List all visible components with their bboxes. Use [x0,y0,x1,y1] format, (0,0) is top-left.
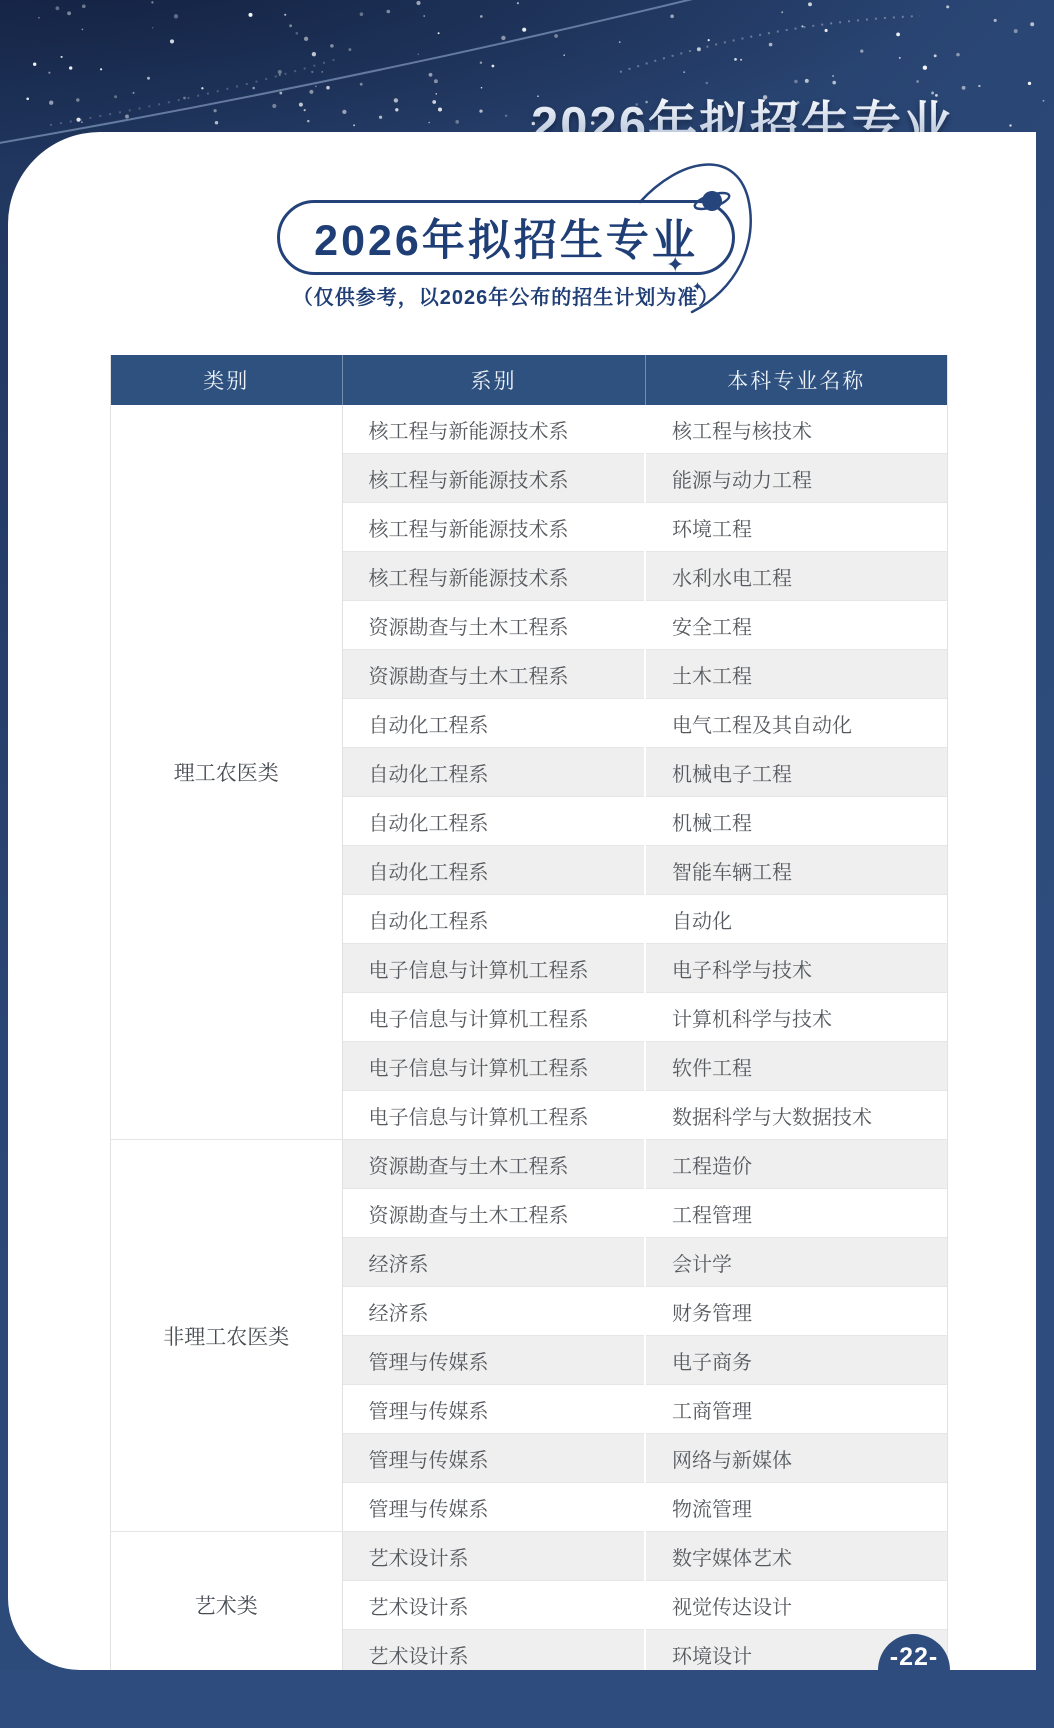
star-dot [170,39,174,43]
star-dot [794,80,798,84]
major-cell: 工程管理 [645,1189,947,1238]
star-dot [330,44,334,48]
star-dot [934,54,937,57]
major-cell: 电子商务 [645,1336,947,1385]
star-dot [81,121,83,123]
star-dot [49,101,53,105]
major-cell: 物流管理 [645,1483,947,1532]
majors-table: 类别 系别 本科专业名称 理工农医类核工程与新能源技术系核工程与核技术核工程与新… [111,355,947,1679]
star-dot [125,115,129,119]
star-dot [522,28,526,32]
dept-cell: 艺术设计系 [342,1581,645,1630]
star-dot [278,70,282,74]
star-dot [781,11,783,13]
star-dot [395,108,398,111]
star-dot [394,98,398,102]
star-dot [38,17,40,19]
star-dot [284,14,286,16]
major-cell: 视觉传达设计 [645,1581,947,1630]
star-dot [342,110,346,114]
major-cell: 工程造价 [645,1140,947,1189]
star-dot [434,79,438,83]
star-dot [563,54,565,56]
star-dot [418,53,420,55]
star-dot [683,71,685,73]
star-dot [348,48,351,51]
major-cell: 机械工程 [645,797,947,846]
star-dot [387,10,391,14]
star-dot [321,71,323,73]
major-cell: 机械电子工程 [645,748,947,797]
brochure-page: { "banner": { "title": "2026年拟招生专业" }, "… [0,0,1054,1728]
star-dot [201,87,203,89]
column-header-category: 类别 [111,355,342,405]
star-dot [517,2,519,4]
star-dot [1028,82,1031,85]
star-dot [896,33,900,37]
star-dot [56,6,60,10]
star-dot [272,104,276,108]
dept-cell: 电子信息与计算机工程系 [342,1042,645,1091]
star-dot [289,24,292,27]
star-dot [100,68,102,70]
star-dot [429,73,433,77]
star-dot [82,4,86,8]
category-cell: 艺术类 [111,1532,342,1679]
star-dot [69,66,72,69]
star-dot [706,82,709,85]
major-cell: 软件工程 [645,1042,947,1091]
star-dot [33,63,36,66]
star-dot [435,93,437,95]
dept-cell: 资源勘查与土木工程系 [342,650,645,699]
star-dot [708,39,710,41]
star-dot [147,77,150,80]
star-dot [554,34,558,38]
major-cell: 网络与新媒体 [645,1434,947,1483]
star-dot [438,107,442,111]
star-dot [805,79,809,83]
star-dot [432,100,436,104]
star-dot [670,15,674,19]
star-dot [61,56,63,58]
star-dot [114,95,117,98]
dept-cell: 自动化工程系 [342,748,645,797]
star-dot [923,66,927,70]
major-cell: 电子科学与技术 [645,944,947,993]
star-dot [501,36,505,40]
dept-cell: 电子信息与计算机工程系 [342,1091,645,1140]
dept-cell: 自动化工程系 [342,699,645,748]
star-dot [860,49,863,52]
star-dot [295,32,298,35]
star-dot [438,32,440,34]
subtitle: （仅供参考，以2026年公布的招生计划为准） [0,281,1020,310]
dept-cell: 自动化工程系 [342,797,645,846]
dept-cell: 管理与传媒系 [342,1434,645,1483]
major-cell: 计算机科学与技术 [645,993,947,1042]
major-cell: 数字媒体艺术 [645,1532,947,1581]
dept-cell: 核工程与新能源技术系 [342,454,645,503]
star-dot [279,74,281,76]
dept-cell: 核工程与新能源技术系 [342,552,645,601]
major-cell: 核工程与核技术 [645,405,947,454]
column-header-department: 系别 [342,355,645,405]
major-cell: 智能车辆工程 [645,846,947,895]
star-dot [82,29,84,31]
dept-cell: 自动化工程系 [342,846,645,895]
star-dot [311,71,313,73]
star-dot [48,72,50,74]
star-dot [734,58,737,61]
dept-cell: 管理与传媒系 [342,1483,645,1532]
star-dot [360,83,363,86]
star-dot [252,87,255,90]
table-row: 非理工农医类资源勘查与土木工程系工程造价 [111,1140,947,1189]
star-dot [808,2,812,6]
star-dot [480,15,483,18]
dept-cell: 经济系 [342,1238,645,1287]
star-dot [492,65,495,68]
major-cell: 自动化 [645,895,947,944]
star-dot [360,12,364,16]
dept-cell: 艺术设计系 [342,1532,645,1581]
star-dot [151,1,153,3]
major-cell: 土木工程 [645,650,947,699]
dept-cell: 资源勘查与土木工程系 [342,1140,645,1189]
star-dot [481,87,483,89]
star-dot [505,115,507,117]
dept-cell: 管理与传媒系 [342,1385,645,1434]
dept-cell: 自动化工程系 [342,895,645,944]
star-dot [1043,100,1045,102]
major-cell: 水利水电工程 [645,552,947,601]
planet-icon [684,178,740,224]
major-cell: 会计学 [645,1238,947,1287]
table-row: 理工农医类核工程与新能源技术系核工程与核技术 [111,405,947,454]
star-dot [946,5,949,8]
star-dot [309,90,313,94]
star-dot [326,86,330,90]
star-dot [183,97,186,100]
star-dot [279,92,282,95]
star-dot [304,37,308,41]
star-dot [916,80,919,83]
major-cell: 财务管理 [645,1287,947,1336]
dept-cell: 电子信息与计算机工程系 [342,993,645,1042]
star-dot [152,27,154,29]
major-cell: 电气工程及其自动化 [645,699,947,748]
star-dot [428,122,430,124]
star-dot [832,81,836,85]
dept-cell: 经济系 [342,1287,645,1336]
major-cell: 能源与动力工程 [645,454,947,503]
page-title: 2026年拟招生专业 [314,207,698,268]
star-dot [133,92,135,94]
star-dot [416,1,420,5]
star-dot [619,41,621,43]
dept-cell: 核工程与新能源技术系 [342,405,645,454]
star-dot [1009,124,1011,126]
star-dot [353,124,355,126]
column-header-major: 本科专业名称 [645,355,947,405]
table-row: 艺术类艺术设计系数字媒体艺术 [111,1532,947,1581]
dept-cell: 资源勘查与土木工程系 [342,601,645,650]
dept-cell: 资源勘查与土木工程系 [342,1189,645,1238]
star-dot [76,98,79,101]
star-dot [1014,29,1018,33]
star-dot [479,109,482,112]
majors-table-wrap: 类别 系别 本科专业名称 理工农医类核工程与新能源技术系核工程与核技术核工程与新… [110,355,948,1680]
star-dot [697,47,701,51]
star-dot [304,109,306,111]
star-dot [76,118,80,122]
major-cell: 数据科学与大数据技术 [645,1091,947,1140]
star-dot [899,57,901,59]
star-dot [956,53,960,57]
category-cell: 理工农医类 [111,405,342,1140]
sparkle-icon: ✦ [692,280,703,293]
table-header-row: 类别 系别 本科专业名称 [111,355,947,405]
star-dot [825,29,828,32]
star-dot [174,14,178,18]
star-dot [962,86,966,90]
major-cell: 环境工程 [645,503,947,552]
star-dot [312,52,316,56]
star-dot [67,11,71,15]
star-dot [315,86,317,88]
star-dot [379,116,382,119]
star-dot [740,59,742,61]
star-dot [832,75,834,77]
star-dot [26,97,29,100]
star-dot [455,120,459,124]
star-dot [215,121,218,124]
star-dot [307,120,310,123]
page-card: 2026年拟招生专业 （仅供参考，以2026年公布的招生计划为准） ✦ ✦ 类别… [8,132,1036,1670]
page-number-badge: -22- [878,1634,950,1706]
star-dot [1030,22,1034,26]
dept-cell: 电子信息与计算机工程系 [342,944,645,993]
star-dot [248,13,252,17]
star-dot [978,85,980,87]
dept-cell: 核工程与新能源技术系 [342,503,645,552]
sparkle-icon: ✦ [666,254,684,276]
star-dot [769,43,773,47]
category-cell: 非理工农医类 [111,1140,342,1532]
page-number: -22- [890,1643,938,1672]
star-dot [801,25,803,27]
star-dot [214,109,217,112]
star-dot [423,15,425,17]
star-dot [299,103,303,107]
major-cell: 安全工程 [645,601,947,650]
star-dot [994,19,997,22]
major-cell: 工商管理 [645,1385,947,1434]
dept-cell: 管理与传媒系 [342,1336,645,1385]
star-dot [480,61,482,63]
